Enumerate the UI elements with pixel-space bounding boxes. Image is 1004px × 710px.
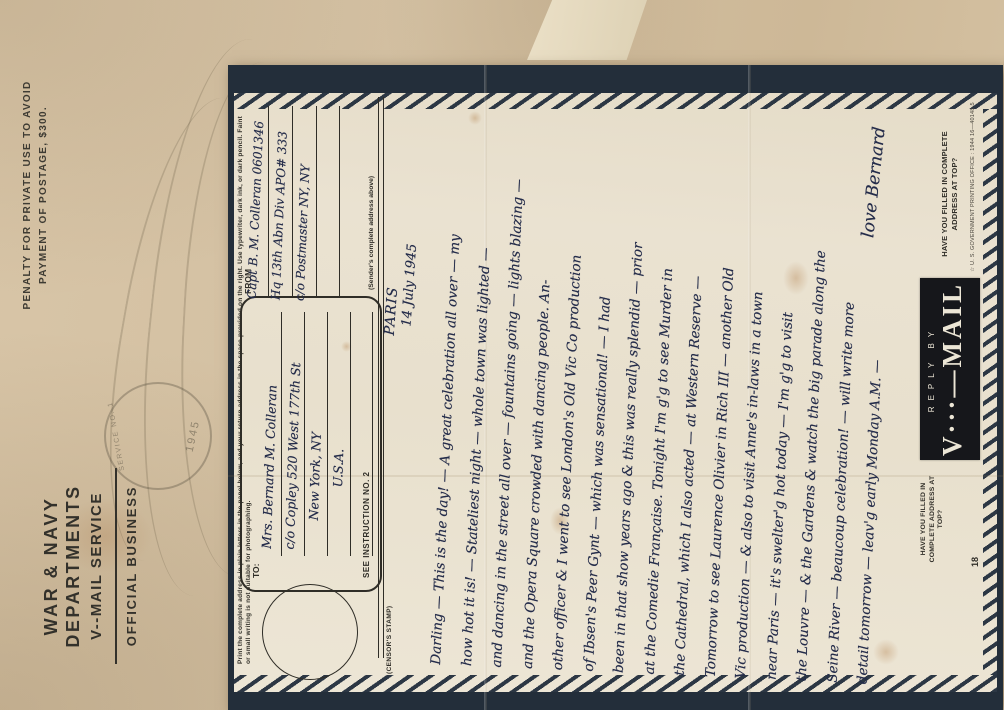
reply-by-label: REPLY BY: [920, 278, 936, 460]
torn-envelope-flap: [527, 0, 647, 60]
to-address-panel: TO: Mrs. Bernard M. Colleran c/o Copley …: [240, 296, 382, 592]
ruled-line: [372, 312, 373, 556]
border-band-top: [228, 65, 234, 710]
censor-stamp-label: (CENSOR'S STAMP): [386, 606, 393, 675]
censor-stamp-circle: [262, 584, 358, 680]
border-band-bottom: [997, 65, 1003, 710]
form-page-number: 18: [970, 554, 980, 570]
vmail-letter-sheet: Print the complete address in plain lett…: [228, 65, 1003, 710]
vmail-logo: V···—MAIL: [937, 278, 968, 460]
scanned-vmail-photo: PENALTY FOR PRIVATE USE TO AVOID PAYMENT…: [0, 0, 1004, 710]
department-line: WAR & NAVY: [40, 432, 62, 700]
penalty-notice: PENALTY FOR PRIVATE USE TO AVOID PAYMENT…: [20, 48, 52, 342]
address-reminder-right: HAVE YOU FILLED IN COMPLETE ADDRESS AT T…: [940, 124, 959, 264]
sender-address-note: (Sender's complete address above): [368, 176, 375, 290]
ruled-line: [339, 106, 340, 298]
to-label: TO:: [251, 564, 261, 578]
see-instruction-note: SEE INSTRUCTION NO. 2: [362, 471, 371, 578]
hatched-border-left: [234, 675, 997, 692]
letter-body-handwriting: Darling — This is the day! — A great cel…: [421, 97, 904, 685]
header-divider-double-rule: [378, 97, 384, 658]
postmark-stamp: SERVICE NO. 1 1945: [100, 378, 216, 494]
penalty-line: PAYMENT OF POSTAGE, $300.: [36, 48, 52, 342]
to-address-handwriting: Mrs. Bernard M. Colleran c/o Copley 520 …: [255, 306, 355, 551]
letter-dateline: PARIS 14 July 1945: [382, 242, 421, 337]
government-printing-line: ☆ U. S. GOVERNMENT PRINTING OFFICE : 194…: [970, 102, 976, 272]
hatched-border-bottom: [983, 109, 997, 675]
from-address-handwriting: Capt B. M. Colleran 0601346 Hq 13th Abn …: [240, 94, 321, 302]
reply-by-vmail-box: REPLY BY V···—MAIL: [920, 278, 980, 460]
border-band-left: [228, 692, 1003, 710]
divider-rule: [115, 468, 117, 664]
penalty-line: PENALTY FOR PRIVATE USE TO AVOID: [20, 48, 36, 342]
border-band-right: [228, 65, 1003, 93]
address-reminder-left: HAVE YOU FILLED IN COMPLETE ADDRESS AT T…: [920, 466, 946, 572]
department-line: DEPARTMENTS: [62, 432, 84, 700]
